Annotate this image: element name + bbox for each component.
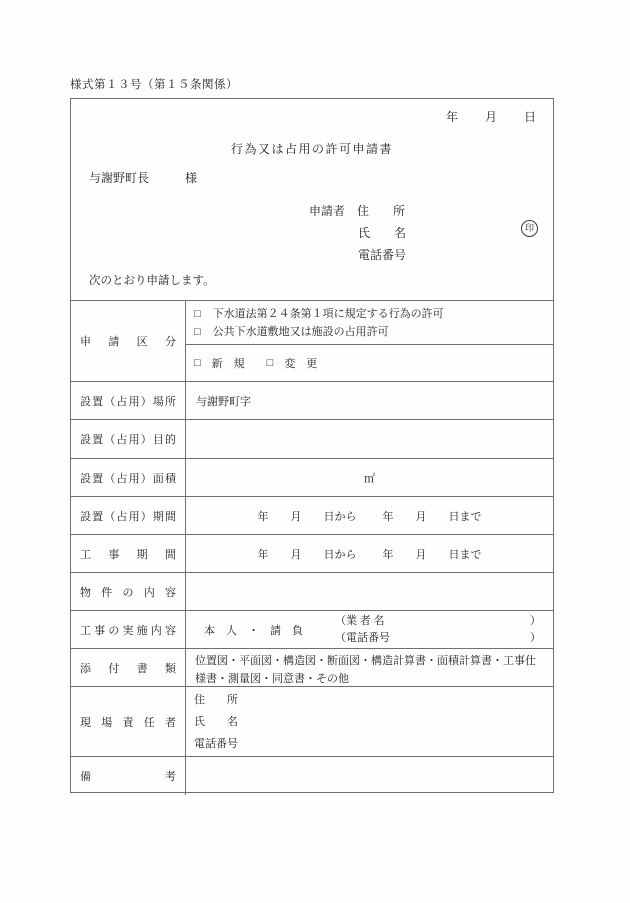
category-label: 申請区分 <box>80 333 176 349</box>
remarks-label-cell: 備考 <box>71 757 186 795</box>
contractor-name-label: （業 者 名 <box>335 613 385 630</box>
construction-period-from: 年 月 日から <box>258 546 357 562</box>
site-manager-value-cell: 住 所 氏 名 電話番号 <box>186 687 553 756</box>
construction-period-label: 工事期間 <box>80 546 176 562</box>
form-title: 行為又は占用の許可申請書 <box>71 140 553 157</box>
contractor-phone-label: （電話番号 <box>335 630 390 647</box>
implementation-label-cell: 工事の実施内容 <box>71 611 186 648</box>
option-change-label: 変 更 <box>284 355 317 371</box>
construction-period-to: 年 月 日まで <box>383 546 482 562</box>
row-attachments: 添付書類 位置図・平面図・構造図・断面図・構造計算書・面積計算書・工事仕様書・測… <box>71 649 553 687</box>
option-act-permission-label: 下水道法第２４条第１項に規定する行為の許可 <box>213 306 444 324</box>
occupancy-period-label-cell: 設置（占用）期間 <box>71 497 186 534</box>
attachments-list: 位置図・平面図・構造図・断面図・構造計算書・面積計算書・工事仕様書・測量図・同意… <box>195 652 545 688</box>
applicant-name-label: 氏 名 <box>358 226 406 240</box>
applicant-name-line: 氏 名 <box>309 222 406 244</box>
applicant-phone-line: 電話番号 <box>309 244 406 266</box>
implementation-method: 本 人 ・ 請 負 <box>204 622 303 638</box>
form-number: 様式第１３号（第１５条関係） <box>70 76 238 92</box>
occupancy-period-from: 年 月 日から <box>258 508 357 524</box>
row-occupancy-period: 設置（占用）期間 年 月 日から 年 月 日まで <box>71 497 553 535</box>
attachments-label-cell: 添付書類 <box>71 649 186 686</box>
addressee-line: 与謝野町長様 <box>89 169 197 186</box>
applicant-phone-label: 電話番号 <box>358 248 406 262</box>
checkbox-change-icon: □ <box>267 357 274 369</box>
checkbox-new-icon: □ <box>194 357 201 369</box>
occupancy-period-value-cell: 年 月 日から 年 月 日まで <box>186 497 553 534</box>
area-value-cell: ㎡ <box>186 459 553 496</box>
location-label: 設置（占用）場所 <box>80 393 176 409</box>
remarks-label: 備考 <box>80 768 176 784</box>
checkbox-act-permission-icon: □ <box>194 306 201 324</box>
addressee-name: 与謝野町長 <box>89 171 149 185</box>
purpose-label: 設置（占用）目的 <box>80 431 176 447</box>
location-value-cell: 与謝野町字 <box>186 382 553 419</box>
category-type-options: □下水道法第２４条第１項に規定する行為の許可 □公共下水道敷地又は施設の占用許可 <box>186 301 553 345</box>
row-implementation: 工事の実施内容 本 人 ・ 請 負 （業 者 名） （電話番号） <box>71 611 553 649</box>
applicant-label: 申請者 <box>309 204 345 218</box>
implementation-value-cell: 本 人 ・ 請 負 （業 者 名） （電話番号） <box>186 611 553 648</box>
category-content-cell: □下水道法第２４条第１項に規定する行為の許可 □公共下水道敷地又は施設の占用許可… <box>186 301 553 381</box>
option-occupancy-permission: □公共下水道敷地又は施設の占用許可 <box>194 324 553 342</box>
occupancy-period-label: 設置（占用）期間 <box>80 508 176 524</box>
property-label-cell: 物件の内容 <box>71 573 186 610</box>
contractor-close-paren: ） <box>530 613 541 630</box>
site-manager-phone-label: 電話番号 <box>194 733 238 755</box>
document-page: 様式第１３号（第１５条関係） 年 月 日 行為又は占用の許可申請書 与謝野町長様… <box>0 0 630 903</box>
applicant-address-label: 住 所 <box>357 204 405 218</box>
implementation-label: 工事の実施内容 <box>80 622 176 638</box>
contractor-name-field: （業 者 名） <box>335 613 541 630</box>
site-manager-label: 現場責任者 <box>80 714 176 730</box>
checkbox-occupancy-permission-icon: □ <box>194 324 201 342</box>
construction-period-label-cell: 工事期間 <box>71 535 186 572</box>
purpose-value-cell <box>186 420 553 458</box>
row-property-details: 物件の内容 <box>71 573 553 611</box>
site-manager-name-label: 氏 名 <box>194 711 238 733</box>
area-label-cell: 設置（占用）面積 <box>71 459 186 496</box>
category-new-change-options: □新 規 □変 更 <box>186 345 553 381</box>
row-location: 設置（占用）場所 与謝野町字 <box>71 382 553 420</box>
purpose-label-cell: 設置（占用）目的 <box>71 420 186 458</box>
row-site-manager: 現場責任者 住 所 氏 名 電話番号 <box>71 687 553 757</box>
contractor-phone-field: （電話番号） <box>335 630 541 647</box>
option-occupancy-permission-label: 公共下水道敷地又は施設の占用許可 <box>213 324 389 342</box>
applicant-address-line: 申請者住 所 <box>309 200 406 222</box>
row-application-category: 申請区分 □下水道法第２４条第１項に規定する行為の許可 □公共下水道敷地又は施設… <box>71 301 553 382</box>
form-table: 申請区分 □下水道法第２４条第１項に規定する行為の許可 □公共下水道敷地又は施設… <box>71 300 553 795</box>
intro-text: 次のとおり申請します。 <box>89 272 215 288</box>
location-label-cell: 設置（占用）場所 <box>71 382 186 419</box>
category-label-cell: 申請区分 <box>71 301 186 381</box>
attachments-label: 添付書類 <box>80 660 176 676</box>
phone-close-paren: ） <box>530 630 541 647</box>
option-new-label: 新 規 <box>212 355 245 371</box>
option-act-permission: □下水道法第２４条第１項に規定する行為の許可 <box>194 306 553 324</box>
row-area: 設置（占用）面積 ㎡ <box>71 459 553 497</box>
occupancy-period-to: 年 月 日まで <box>383 508 482 524</box>
implementation-paren-block: （業 者 名） （電話番号） <box>335 613 541 647</box>
attachments-value-cell: 位置図・平面図・構造図・断面図・構造計算書・面積計算書・工事仕様書・測量図・同意… <box>186 649 553 686</box>
site-manager-label-cell: 現場責任者 <box>71 687 186 756</box>
seal-mark-icon: 印 <box>521 220 538 237</box>
area-label: 設置（占用）面積 <box>80 470 176 486</box>
construction-period-value-cell: 年 月 日から 年 月 日まで <box>186 535 553 572</box>
row-purpose: 設置（占用）目的 <box>71 420 553 459</box>
area-unit: ㎡ <box>364 470 375 486</box>
row-remarks: 備考 <box>71 757 553 795</box>
application-form: 年 月 日 行為又は占用の許可申請書 与謝野町長様 申請者住 所 氏 名 電話番… <box>70 98 554 793</box>
location-value: 与謝野町字 <box>196 393 251 409</box>
property-label: 物件の内容 <box>80 584 176 600</box>
date-line: 年 月 日 <box>446 108 537 125</box>
remarks-value-cell <box>186 757 553 795</box>
row-construction-period: 工事期間 年 月 日から 年 月 日まで <box>71 535 553 573</box>
applicant-block: 申請者住 所 氏 名 電話番号 <box>309 200 406 266</box>
site-manager-address-label: 住 所 <box>194 689 238 711</box>
form-header: 年 月 日 行為又は占用の許可申請書 与謝野町長様 申請者住 所 氏 名 電話番… <box>71 99 553 300</box>
property-value-cell <box>186 573 553 610</box>
addressee-honorific: 様 <box>185 171 197 185</box>
